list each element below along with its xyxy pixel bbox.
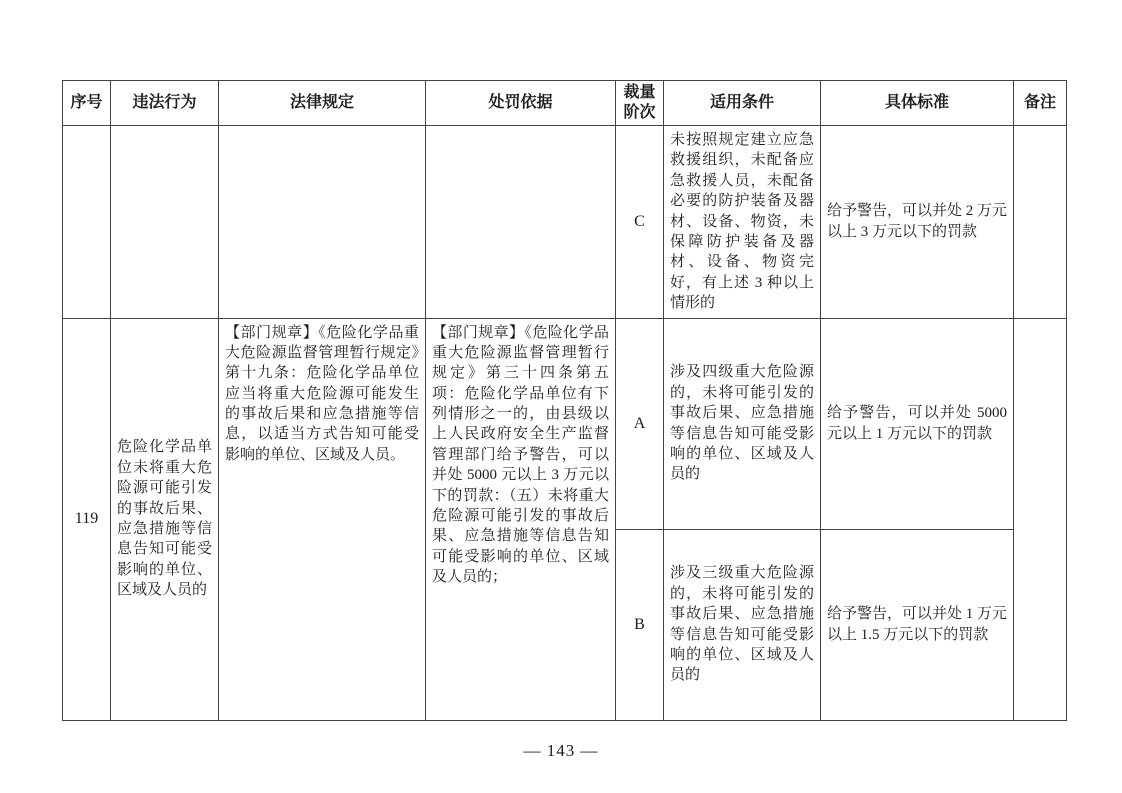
- cell-conditions-a: 涉及四级重大危险源的，未将可能引发的事故后果、应急措施等信息告知可能受影响的单位…: [664, 318, 821, 529]
- cell-conditions-b: 涉及三级重大危险源的，未将可能引发的事故后果、应急措施等信息告知可能受影响的单位…: [664, 529, 821, 720]
- cell-seq-empty: [63, 126, 111, 319]
- cell-discretion-level-a: A: [616, 318, 664, 529]
- table-row-119-a: 119 危险化学品单位未将重大危险源可能引发的事故后果、应急措施等信息告知可能受…: [63, 318, 1067, 529]
- cell-standards-a: 给予警告，可以并处 5000 元以上 1 万元以下的罚款: [821, 318, 1014, 529]
- col-header-law: 法律规定: [219, 81, 426, 126]
- page-number: — 143 —: [0, 741, 1122, 761]
- table-header-row: 序号 违法行为 法律规定 处罚依据 裁量 阶次 适用条件 具体标准 备注: [63, 81, 1067, 126]
- cell-conditions-c: 未按照规定建立应急救援组织，未配备应急救援人员，未配备必要的防护装备及器材、设备…: [664, 126, 821, 319]
- col-header-law-label: 法律规定: [290, 94, 354, 111]
- col-header-penalty-basis-label: 处罚依据: [488, 94, 552, 111]
- col-header-discretion-level-label: 裁量 阶次: [623, 84, 655, 121]
- col-header-violation: 违法行为: [111, 81, 219, 126]
- document-page: 序号 违法行为 法律规定 处罚依据 裁量 阶次 适用条件 具体标准 备注 C 未…: [0, 0, 1122, 793]
- col-header-penalty-basis: 处罚依据: [426, 81, 616, 126]
- cell-law-119: 【部门规章】《危险化学品重大危险源监督管理暂行规定》第十九条：危险化学品单位应当…: [219, 318, 426, 720]
- col-header-violation-label: 违法行为: [132, 94, 196, 111]
- cell-seq-119: 119: [63, 318, 111, 720]
- cell-discretion-level-b: B: [616, 529, 664, 720]
- col-header-standards: 具体标准: [821, 81, 1014, 126]
- cell-penalty-basis-empty: [426, 126, 616, 319]
- cell-standards-b: 给予警告，可以并处 1 万元以上 1.5 万元以下的罚款: [821, 529, 1014, 720]
- col-header-conditions: 适用条件: [664, 81, 821, 126]
- cell-remarks-c: [1014, 126, 1067, 319]
- table-row-continuation-c: C 未按照规定建立应急救援组织，未配备应急救援人员，未配备必要的防护装备及器材、…: [63, 126, 1067, 319]
- cell-law-empty: [219, 126, 426, 319]
- cell-violation-119: 危险化学品单位未将重大危险源可能引发的事故后果、应急措施等信息告知可能受影响的单…: [111, 318, 219, 720]
- col-header-standards-label: 具体标准: [885, 94, 949, 111]
- cell-standards-c: 给予警告，可以并处 2 万元以上 3 万元以下的罚款: [821, 126, 1014, 319]
- cell-violation-empty: [111, 126, 219, 319]
- col-header-discretion-level: 裁量 阶次: [616, 81, 664, 126]
- penalty-discretion-table: 序号 违法行为 法律规定 处罚依据 裁量 阶次 适用条件 具体标准 备注 C 未…: [62, 80, 1067, 721]
- col-header-remarks: 备注: [1014, 81, 1067, 126]
- col-header-seq: 序号: [63, 81, 111, 126]
- col-header-seq-label: 序号: [70, 94, 102, 111]
- cell-penalty-basis-119: 【部门规章】《危险化学品重大危险源监督管理暂行规定》第三十四条第五项：危险化学品…: [426, 318, 616, 720]
- cell-discretion-level-c: C: [616, 126, 664, 319]
- col-header-conditions-label: 适用条件: [710, 94, 774, 111]
- col-header-remarks-label: 备注: [1024, 94, 1056, 111]
- cell-remarks-119: [1014, 318, 1067, 720]
